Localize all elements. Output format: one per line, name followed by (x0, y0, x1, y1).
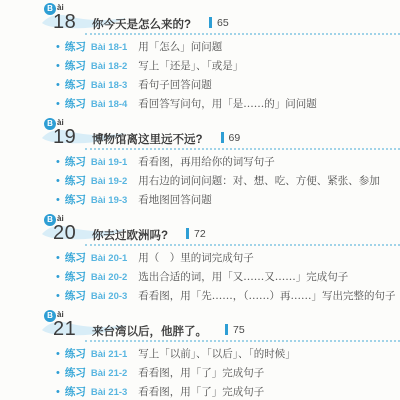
bullet-icon: • (56, 345, 60, 364)
exercise-code: Bài 18-3 (91, 76, 127, 95)
page-number: 65 (217, 17, 229, 29)
lesson-title: 你去过欧洲吗? (92, 227, 168, 243)
page-reference: 65 (209, 17, 229, 29)
exercise-row: • 练习 Bài 21-3 看看图，用「了」完成句子 (56, 383, 400, 400)
toc-page: B ài 18 你今天是怎么来的? 65 • 练习 Bài 18-1 用「怎么」… (0, 0, 400, 400)
bullet-icon: • (56, 153, 60, 172)
page-number: 72 (194, 228, 206, 240)
lesson-number: 19 (53, 128, 79, 147)
exercise-label: 练习 (65, 57, 86, 76)
exercise-description: 看看图，用「了」完成句子 (138, 383, 264, 400)
exercise-label: 练习 (65, 76, 86, 95)
lesson-section-20: B ài 20 你去过欧洲吗? 72 • 练习 Bài 20-1 用（ ）里的词… (40, 214, 400, 306)
lesson-number: 18 (53, 13, 79, 32)
exercise-code: Bài 21-1 (91, 345, 127, 364)
lesson-title-row: 18 你今天是怎么来的? 65 (40, 13, 400, 32)
exercise-code: Bài 20-3 (91, 287, 127, 306)
bullet-icon: • (56, 287, 60, 306)
exercise-row: • 练习 Bài 19-1 看看图，再用给你的词写句子 (56, 153, 400, 172)
dotted-separator (85, 148, 400, 150)
bullet-icon: • (56, 172, 60, 191)
bullet-icon: • (56, 38, 60, 57)
page-number: 69 (229, 132, 241, 144)
exercise-label: 练习 (65, 95, 86, 114)
exercise-code: Bài 18-1 (91, 38, 127, 57)
exercise-description: 看句子回答问题 (138, 76, 212, 95)
exercise-label: 练习 (65, 191, 86, 210)
lesson-number: 20 (53, 224, 79, 243)
exercise-code: Bài 20-1 (91, 249, 127, 268)
bullet-icon: • (56, 57, 60, 76)
exercise-label: 练习 (65, 249, 86, 268)
lesson-section-21: B ài 21 来台湾以后，他胖了。 75 • 练习 Bài 21-1 写上「以… (40, 310, 400, 400)
exercise-code: Bài 19-3 (91, 191, 127, 210)
lesson-section-19: B ài 19 博物馆离这里远不远? 69 • 练习 Bài 19-1 看看图，… (40, 118, 400, 210)
exercise-code: Bài 19-2 (91, 172, 127, 191)
exercise-code: Bài 20-2 (91, 268, 127, 287)
page-number: 75 (233, 324, 245, 336)
lesson-number: 21 (53, 320, 79, 339)
exercise-list: • 练习 Bài 21-1 写上「以前」、「以后」、「的时候」 • 练习 Bài… (40, 345, 400, 400)
exercise-description: 选出合适的词，用「又……又……」完成句子 (138, 268, 348, 287)
exercise-code: Bài 21-2 (91, 364, 127, 383)
exercise-row: • 练习 Bài 18-4 看回答写问句，用「是……的」问问题 (56, 95, 400, 114)
bullet-icon: • (56, 76, 60, 95)
lesson-header: B ài 21 来台湾以后，他胖了。 75 (40, 310, 400, 342)
exercise-description: 写上「以前」、「以后」、「的时候」 (138, 345, 296, 364)
page-ref-bar-icon (225, 324, 228, 335)
exercise-description: 用右边的词问问题：对、想、吃、方便、紧张、参加 (138, 172, 380, 191)
exercise-label: 练习 (65, 38, 86, 57)
exercise-code: Bài 19-1 (91, 153, 127, 172)
bullet-icon: • (56, 383, 60, 400)
lesson-header: B ài 18 你今天是怎么来的? 65 (40, 3, 400, 35)
page-ref-bar-icon (209, 17, 212, 28)
exercise-label: 练习 (65, 364, 86, 383)
exercise-row: • 练习 Bài 19-2 用右边的词问问题：对、想、吃、方便、紧张、参加 (56, 172, 400, 191)
bullet-icon: • (56, 249, 60, 268)
page-ref-bar-icon (221, 132, 224, 143)
lesson-title: 你今天是怎么来的? (92, 16, 191, 32)
bullet-icon: • (56, 191, 60, 210)
page-reference: 75 (225, 324, 245, 336)
exercise-row: • 练习 Bài 18-1 用「怎么」问问题 (56, 38, 400, 57)
dotted-separator (85, 340, 400, 342)
exercise-label: 练习 (65, 287, 86, 306)
lesson-title: 来台湾以后，他胖了。 (92, 323, 207, 339)
exercise-list: • 练习 Bài 18-1 用「怎么」问问题 • 练习 Bài 18-2 写上「… (40, 38, 400, 114)
lesson-title-row: 20 你去过欧洲吗? 72 (40, 224, 400, 243)
exercise-list: • 练习 Bài 20-1 用（ ）里的词完成句子 • 练习 Bài 20-2 … (40, 249, 400, 306)
exercise-description: 看看图，再用给你的词写句子 (138, 153, 275, 172)
exercise-description: 看看图，用「了」完成句子 (138, 364, 264, 383)
exercise-description: 用（ ）里的词完成句子 (138, 249, 254, 268)
bullet-icon: • (56, 364, 60, 383)
exercise-code: Bài 21-3 (91, 383, 127, 400)
exercise-row: • 练习 Bài 18-2 写上「还是」、「或是」 (56, 57, 400, 76)
bullet-icon: • (56, 95, 60, 114)
page-ref-bar-icon (186, 228, 189, 239)
exercise-code: Bài 18-4 (91, 95, 127, 114)
dotted-separator (85, 33, 400, 35)
exercise-description: 看回答写问句，用「是……的」问问题 (138, 95, 317, 114)
exercise-label: 练习 (65, 383, 86, 400)
exercise-row: • 练习 Bài 20-1 用（ ）里的词完成句子 (56, 249, 400, 268)
exercise-description: 看看图，用「先……，（……）再……」写出完整的句子 (138, 287, 395, 306)
lesson-header: B ài 20 你去过欧洲吗? 72 (40, 214, 400, 246)
page-reference: 69 (221, 132, 241, 144)
exercise-label: 练习 (65, 268, 86, 287)
exercise-label: 练习 (65, 153, 86, 172)
lesson-section-18: B ài 18 你今天是怎么来的? 65 • 练习 Bài 18-1 用「怎么」… (40, 3, 400, 114)
exercise-row: • 练习 Bài 21-2 看看图，用「了」完成句子 (56, 364, 400, 383)
exercise-row: • 练习 Bài 20-3 看看图，用「先……，（……）再……」写出完整的句子 (56, 287, 400, 306)
exercise-description: 看地图回答问题 (138, 191, 212, 210)
exercise-row: • 练习 Bài 21-1 写上「以前」、「以后」、「的时候」 (56, 345, 400, 364)
exercise-row: • 练习 Bài 18-3 看句子回答问题 (56, 76, 400, 95)
exercise-label: 练习 (65, 345, 86, 364)
bullet-icon: • (56, 268, 60, 287)
dotted-separator (85, 244, 400, 246)
lesson-title: 博物馆离这里远不远? (92, 131, 203, 147)
exercise-row: • 练习 Bài 19-3 看地图回答问题 (56, 191, 400, 210)
exercise-description: 用「怎么」问问题 (138, 38, 222, 57)
exercise-list: • 练习 Bài 19-1 看看图，再用给你的词写句子 • 练习 Bài 19-… (40, 153, 400, 210)
lesson-header: B ài 19 博物馆离这里远不远? 69 (40, 118, 400, 150)
lesson-title-row: 19 博物馆离这里远不远? 69 (40, 128, 400, 147)
exercise-description: 写上「还是」、「或是」 (138, 57, 243, 76)
lesson-title-row: 21 来台湾以后，他胖了。 75 (40, 320, 400, 339)
exercise-row: • 练习 Bài 20-2 选出合适的词，用「又……又……」完成句子 (56, 268, 400, 287)
page-reference: 72 (186, 228, 206, 240)
exercise-label: 练习 (65, 172, 86, 191)
exercise-code: Bài 18-2 (91, 57, 127, 76)
